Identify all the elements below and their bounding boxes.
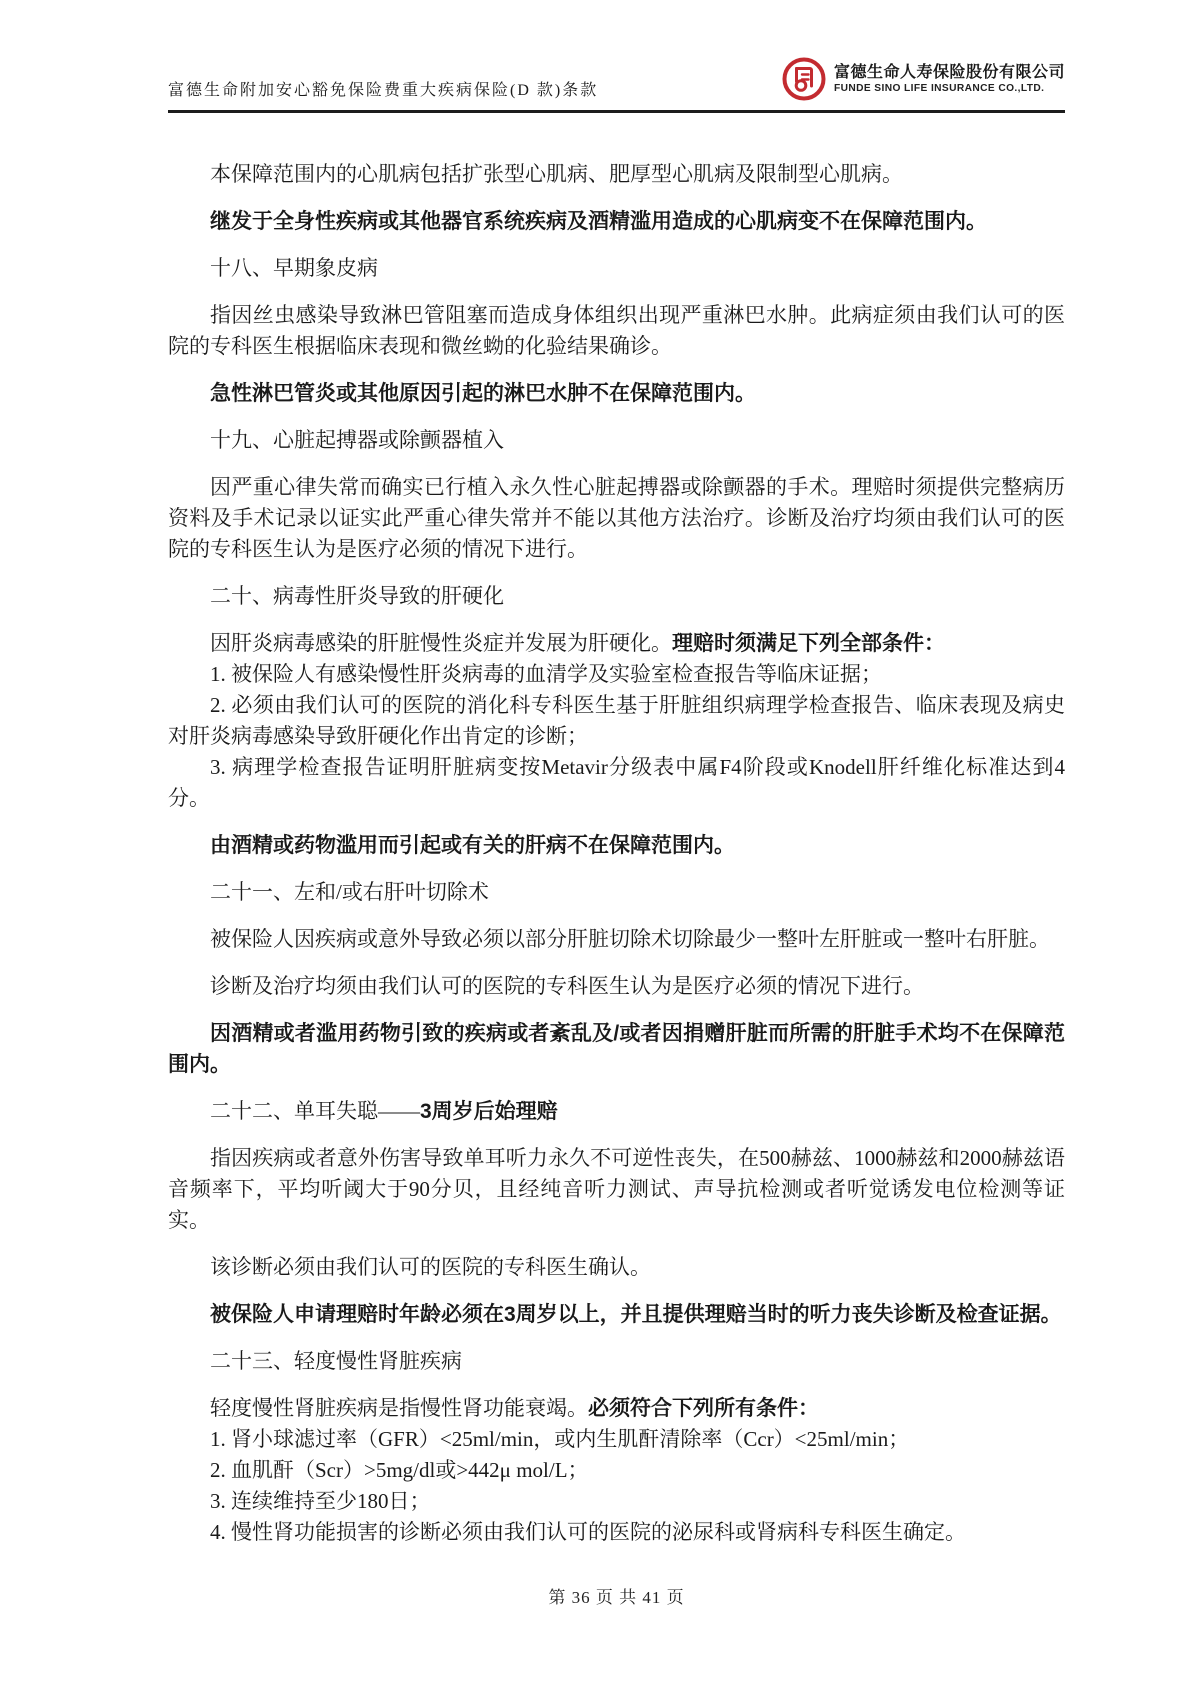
text-run: 被保险人因疾病或意外导致必须以部分肝脏切除术切除最少一整叶左肝脏或一整叶右肝脏。 [210,927,1050,951]
paragraph: 由酒精或药物滥用而引起或有关的肝病不在保障范围内。 [168,830,1065,861]
bold-text-run: 急性淋巴管炎或其他原因引起的淋巴水肿不在保障范围内。 [210,382,756,405]
text-run: 诊断及治疗均须由我们认可的医院的专科医生认为是医疗必须的情况下进行。 [210,974,924,998]
text-run: 十八、早期象皮病 [210,256,378,280]
text-run: 3. 病理学检查报告证明肝脏病变按Metavir分级表中属F4阶段或Knodel… [168,755,1065,810]
text-run: 本保障范围内的心肌病包括扩张型心肌病、肥厚型心肌病及限制型心肌病。 [210,162,903,186]
bold-text-run: 3周岁后始理赔 [420,1100,558,1123]
document-page: 富德生命附加安心豁免保险费重大疾病保险(D 款)条款 富德生命人寿保险股份有限公… [0,0,1191,1684]
paragraph: 被保险人申请理赔时年龄必须在3周岁以上，并且提供理赔当时的听力丧失诊断及检查证据… [168,1299,1065,1330]
bold-text-run: 必须符合下列所有条件： [588,1397,819,1420]
paragraph: 轻度慢性肾脏疾病是指慢性肾功能衰竭。必须符合下列所有条件： [168,1393,1065,1424]
text-run: 4. 慢性肾功能损害的诊断必须由我们认可的医院的泌尿科或肾病科专科医生确定。 [210,1520,966,1544]
text-run: 指因疾病或者意外伤害导致单耳听力永久不可逆性丧失，在500赫兹、1000赫兹和2… [168,1146,1065,1232]
paragraph: 二十三、轻度慢性肾脏疾病 [168,1346,1065,1377]
bold-text-run: 理赔时须满足下列全部条件： [672,632,945,655]
paragraph: 3. 连续维持至少180日； [168,1486,1065,1517]
document-body: 本保障范围内的心肌病包括扩张型心肌病、肥厚型心肌病及限制型心肌病。继发于全身性疾… [168,113,1065,1548]
paragraph: 3. 病理学检查报告证明肝脏病变按Metavir分级表中属F4阶段或Knodel… [168,752,1065,814]
company-seal-icon [781,56,827,102]
text-run: 轻度慢性肾脏疾病是指慢性肾功能衰竭。 [210,1396,588,1420]
text-run: 二十三、轻度慢性肾脏疾病 [210,1349,462,1373]
text-run: 二十二、单耳失聪—— [210,1099,420,1123]
company-name-cn: 富德生命人寿保险股份有限公司 [834,63,1065,82]
text-run: 二十一、左和/或右肝叶切除术 [210,880,489,904]
paragraph: 因严重心律失常而确实已行植入永久性心脏起搏器或除颤器的手术。理赔时须提供完整病历… [168,472,1065,565]
page-header: 富德生命附加安心豁免保险费重大疾病保险(D 款)条款 富德生命人寿保险股份有限公… [168,0,1065,113]
paragraph: 被保险人因疾病或意外导致必须以部分肝脏切除术切除最少一整叶左肝脏或一整叶右肝脏。 [168,924,1065,955]
text-run: 十九、心脏起搏器或除颤器植入 [210,428,504,452]
paragraph: 二十二、单耳失聪——3周岁后始理赔 [168,1096,1065,1127]
paragraph: 指因疾病或者意外伤害导致单耳听力永久不可逆性丧失，在500赫兹、1000赫兹和2… [168,1143,1065,1236]
page-number: 第 36 页 共 41 页 [548,1588,684,1607]
text-run: 1. 肾小球滤过率（GFR）<25ml/min，或内生肌酐清除率（Ccr）<25… [210,1427,909,1451]
paragraph: 2. 必须由我们认可的医院的消化科专科医生基于肝脏组织病理学检查报告、临床表现及… [168,690,1065,752]
page-footer: 第 36 页 共 41 页 [168,1583,1065,1608]
company-name-block: 富德生命人寿保险股份有限公司 FUNDE SINO LIFE INSURANCE… [834,63,1065,95]
paragraph: 2. 血肌酐（Scr）>5mg/dl或>442μ mol/L； [168,1455,1065,1486]
paragraph: 指因丝虫感染导致淋巴管阻塞而造成身体组织出现严重淋巴水肿。此病症须由我们认可的医… [168,300,1065,362]
paragraph: 1. 被保险人有感染慢性肝炎病毒的血清学及实验室检查报告等临床证据； [168,659,1065,690]
paragraph: 该诊断必须由我们认可的医院的专科医生确认。 [168,1252,1065,1283]
text-run: 因严重心律失常而确实已行植入永久性心脏起搏器或除颤器的手术。理赔时须提供完整病历… [168,475,1065,561]
paragraph: 二十、病毒性肝炎导致的肝硬化 [168,581,1065,612]
text-run: 指因丝虫感染导致淋巴管阻塞而造成身体组织出现严重淋巴水肿。此病症须由我们认可的医… [168,303,1065,358]
paragraph: 4. 慢性肾功能损害的诊断必须由我们认可的医院的泌尿科或肾病科专科医生确定。 [168,1517,1065,1548]
bold-text-run: 被保险人申请理赔时年龄必须在3周岁以上，并且提供理赔当时的听力丧失诊断及检查证据… [210,1303,1062,1326]
paragraph: 因酒精或者滥用药物引致的疾病或者紊乱及/或者因捐赠肝脏而所需的肝脏手术均不在保障… [168,1018,1065,1080]
text-run: 2. 必须由我们认可的医院的消化科专科医生基于肝脏组织病理学检查报告、临床表现及… [168,693,1065,748]
text-run: 2. 血肌酐（Scr）>5mg/dl或>442μ mol/L； [210,1458,589,1482]
paragraph: 诊断及治疗均须由我们认可的医院的专科医生认为是医疗必须的情况下进行。 [168,971,1065,1002]
company-logo: 富德生命人寿保险股份有限公司 FUNDE SINO LIFE INSURANCE… [781,56,1065,102]
text-run: 1. 被保险人有感染慢性肝炎病毒的血清学及实验室检查报告等临床证据； [210,662,882,686]
paragraph: 1. 肾小球滤过率（GFR）<25ml/min，或内生肌酐清除率（Ccr）<25… [168,1424,1065,1455]
paragraph: 继发于全身性疾病或其他器官系统疾病及酒精滥用造成的心肌病变不在保障范围内。 [168,206,1065,237]
text-run: 因肝炎病毒感染的肝脏慢性炎症并发展为肝硬化。 [210,631,672,655]
paragraph: 十八、早期象皮病 [168,253,1065,284]
bold-text-run: 继发于全身性疾病或其他器官系统疾病及酒精滥用造成的心肌病变不在保障范围内。 [210,210,987,233]
document-title: 富德生命附加安心豁免保险费重大疾病保险(D 款)条款 [168,77,598,102]
company-name-en: FUNDE SINO LIFE INSURANCE CO.,LTD. [834,82,1065,95]
text-run: 二十、病毒性肝炎导致的肝硬化 [210,584,504,608]
paragraph: 急性淋巴管炎或其他原因引起的淋巴水肿不在保障范围内。 [168,378,1065,409]
text-run: 3. 连续维持至少180日； [210,1489,431,1513]
bold-text-run: 因酒精或者滥用药物引致的疾病或者紊乱及/或者因捐赠肝脏而所需的肝脏手术均不在保障… [168,1022,1065,1076]
paragraph: 本保障范围内的心肌病包括扩张型心肌病、肥厚型心肌病及限制型心肌病。 [168,159,1065,190]
paragraph: 十九、心脏起搏器或除颤器植入 [168,425,1065,456]
text-run: 该诊断必须由我们认可的医院的专科医生确认。 [210,1255,651,1279]
paragraph: 二十一、左和/或右肝叶切除术 [168,877,1065,908]
paragraph: 因肝炎病毒感染的肝脏慢性炎症并发展为肝硬化。理赔时须满足下列全部条件： [168,628,1065,659]
bold-text-run: 由酒精或药物滥用而引起或有关的肝病不在保障范围内。 [210,834,735,857]
